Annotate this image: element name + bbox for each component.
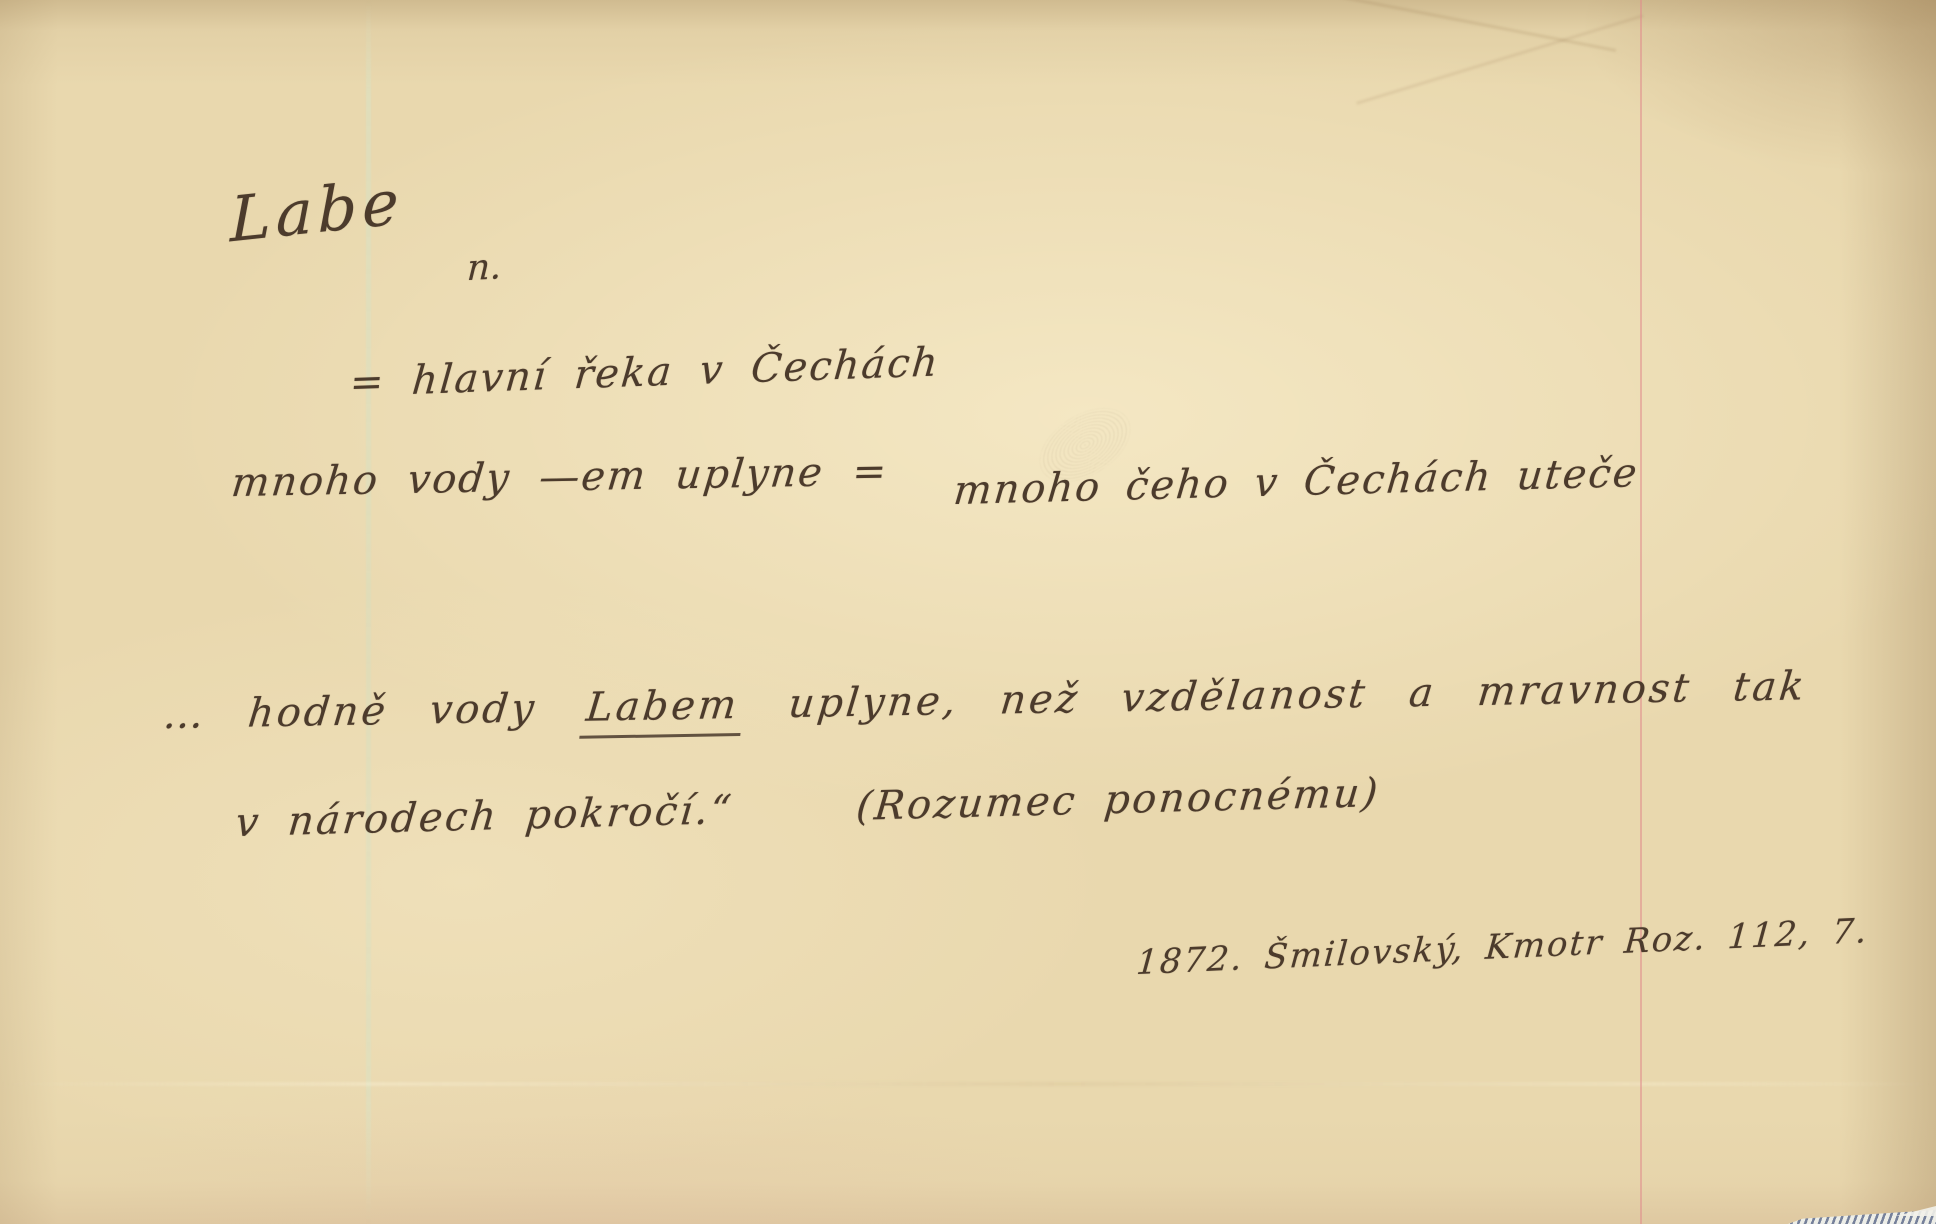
quote-line-2-text: v národech pokročí.“ [234,787,736,846]
quote-line-1-prefix: … hodně vody [161,685,539,738]
quote-underlined-labem: Labem [579,682,745,739]
hatched-edge-highlight [1896,1206,1936,1216]
citation-line: 1872. Šmilovský, Kmotr Roz. 112, 7. [1135,911,1870,983]
quote-line-2: v národech pokročí.“ (Rozumec ponocnému) [234,770,1383,846]
quote-line-1: … hodně vody Labem uplyne, než vzdělanos… [161,663,1809,738]
quote-speaker-attribution: (Rozumec ponocnému) [854,770,1382,830]
horizontal-crease [0,1082,1936,1086]
headword-labe: Labe [230,165,404,257]
paper-sheet: Labe n. = hlavní řeka v Čechách mnoho vo… [0,0,1936,1224]
red-margin-line [1640,0,1642,1224]
definition-line: = hlavní řeka v Čechách [348,339,942,406]
gender-note: n. [466,246,503,289]
usage-phrase-left: mnoho vody —em uplyne = [229,449,890,507]
quote-line-1-suffix: uplyne, než vzdělanost a mravnost tak [786,663,1809,727]
